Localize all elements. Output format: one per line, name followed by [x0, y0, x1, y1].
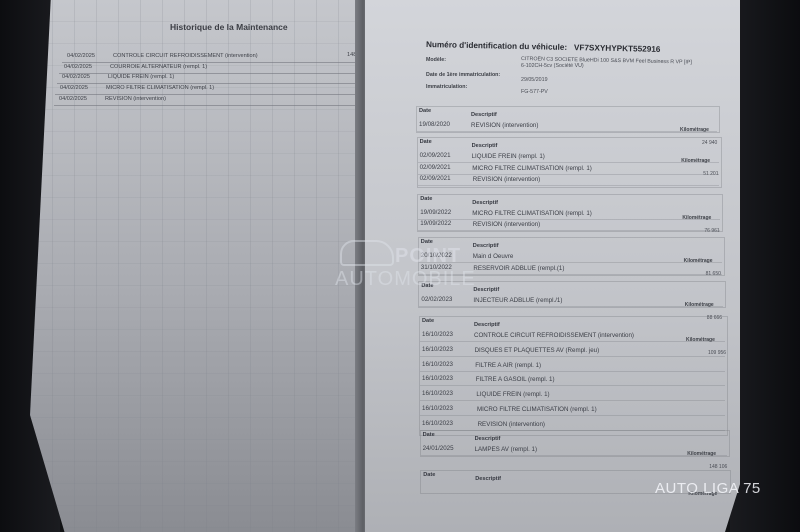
- watermark-car-icon: [340, 240, 394, 266]
- maintenance-group-box: [419, 316, 728, 436]
- left-page-title: Historique de la Maintenance: [170, 22, 288, 32]
- row-divider: [57, 83, 365, 84]
- watermark-center-line2: AUTOMOBILE: [335, 268, 476, 291]
- left-row-description: REVISION (intervention): [105, 96, 166, 102]
- maintenance-group-box: [420, 430, 730, 457]
- row-divider: [59, 73, 365, 74]
- first-registration-label: Date de 1ère immatriculation:: [426, 72, 500, 78]
- model-label: Modèle:: [426, 57, 446, 63]
- vin-value: VF7SXYHYPKT552916: [574, 43, 661, 54]
- first-registration-value: 29/05/2019: [521, 77, 548, 83]
- row-divider: [62, 62, 365, 63]
- left-row-date: 04/02/2025: [62, 74, 90, 80]
- left-row-date: 04/02/2025: [67, 53, 95, 59]
- left-row-description: COURROIE ALTERNATEUR (rempl. 1): [110, 64, 207, 70]
- maintenance-group-box: [417, 194, 723, 232]
- left-row-date: 04/02/2025: [60, 85, 88, 91]
- row-divider: [54, 105, 365, 106]
- maintenance-group-box: [416, 106, 720, 133]
- registration-value: FG-577-PV: [521, 89, 548, 95]
- left-row-date: 04/02/2025: [59, 96, 87, 102]
- left-row-description: MICRO FILTRE CLIMATISATION (rempl. 1): [106, 85, 214, 91]
- left-row-description: CONTROLE CIRCUIT REFROIDISSEMENT (interv…: [113, 53, 258, 59]
- watermark-corner: AUTO LIGA 75: [655, 480, 761, 497]
- left-row-date: 04/02/2025: [64, 64, 92, 70]
- registration-label: Immatriculation:: [426, 84, 467, 90]
- background-dark-right: [730, 0, 800, 532]
- row-divider: [55, 94, 365, 95]
- model-value-line2: 6-102CH-5cv (Société VU): [521, 63, 584, 69]
- maintenance-group-box: [417, 137, 722, 188]
- left-row-description: LIQUIDE FREIN (rempl. 1): [108, 74, 174, 80]
- watermark-center-line1: POINT: [395, 245, 461, 268]
